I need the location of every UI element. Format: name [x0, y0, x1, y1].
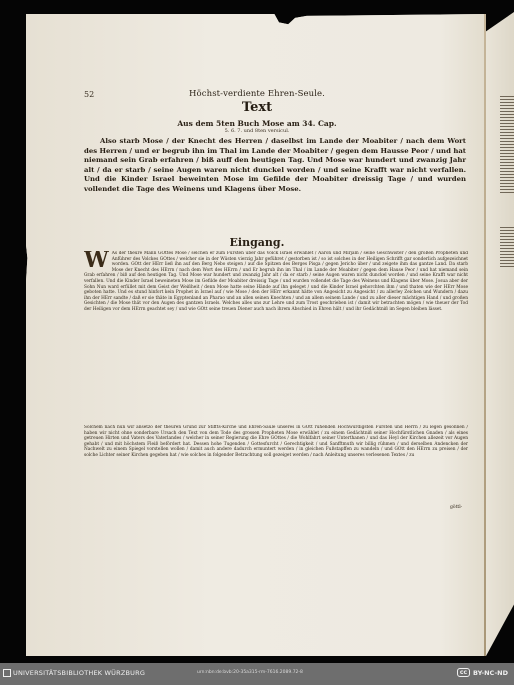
license-label: BY-NC-ND: [473, 669, 508, 677]
catchword: göttl-: [450, 505, 462, 510]
text-title: Text: [0, 100, 514, 115]
urn-identifier: urn:nbn:de:bvb:20-35a315-rm-7616.2089.72…: [197, 670, 303, 675]
library-logo-icon: [3, 669, 11, 677]
institution-logo[interactable]: UNIVERSITÄTSBIBLIOTHEK WÜRZBURG: [3, 669, 145, 677]
creative-commons-icon: cc: [457, 668, 470, 677]
scripture-text: Also starb Mose / der Knecht des Herren …: [84, 137, 466, 195]
body-paragraph-text: Solchem nach nun wir ansetzo der theuren…: [84, 425, 468, 458]
scripture-reference: Aus dem 5ten Buch Mose am 34. Cap.: [0, 119, 514, 128]
body-paragraph: W As der theure Mann GOttes Mose / selch…: [84, 251, 468, 423]
footer-bar: UNIVERSITÄTSBIBLIOTHEK WÜRZBURG urn:nbn:…: [0, 663, 514, 685]
institution-name: UNIVERSITÄTSBIBLIOTHEK WÜRZBURG: [13, 669, 145, 677]
document-viewer: 52 Höchst-verdiente Ehren-Seule. Text Au…: [0, 0, 514, 663]
license-badge[interactable]: cc BY-NC-ND: [457, 668, 508, 677]
decorated-initial: W: [84, 251, 109, 269]
body-paragraph-text: As der theure Mann GOttes Mose / selchen…: [84, 251, 468, 312]
body-paragraph: Solchem nach nun wir ansetzo der theuren…: [84, 425, 468, 507]
running-head: Höchst-verdiente Ehren-Seule.: [0, 89, 514, 99]
scripture-verses: 5. 6. 7. und 8ten versicul.: [0, 128, 514, 134]
section-title: Eingang.: [0, 236, 514, 249]
